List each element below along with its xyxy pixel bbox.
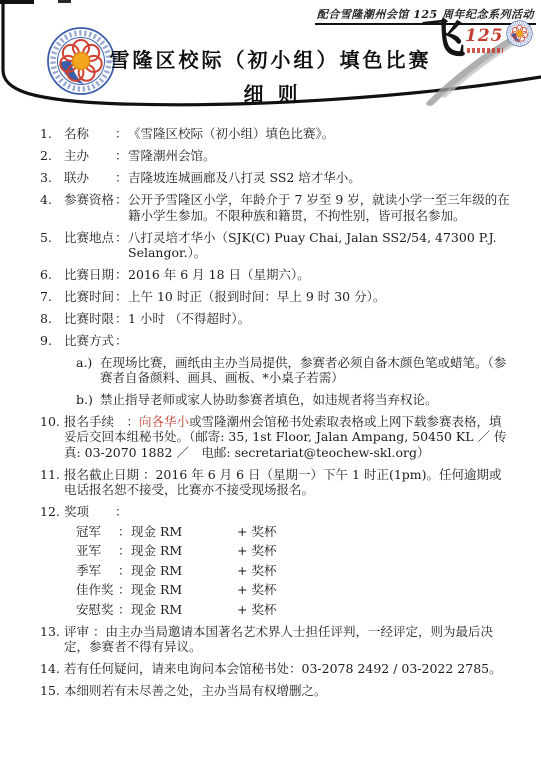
rule-number: 14. [40, 661, 64, 677]
rule-text-segment: 报名手续 ： [64, 414, 139, 429]
rule-text: 报名手续 ：向各华小或雪隆潮州会馆秘书处索取表格或上网下载参赛表格，填妥后交回本… [64, 414, 512, 461]
rule-text: 评审 ：由主办当局邀请本国著名艺术界人士担任评判，一经评定，则为最后决定，参赛者… [64, 624, 512, 655]
rule-label: 比赛方式 [64, 333, 115, 349]
rule-body: 若有任何疑问，请来电询问本会馆秘书处：03-2078 2492 / 03-202… [64, 661, 512, 677]
rule-number: 12. [40, 504, 64, 520]
rule-item-7: 7.比赛时间：上午 10 时正（报到时间：早上 9 时 30 分）。 [40, 289, 512, 305]
prize-name: 季军 [76, 563, 118, 579]
rule-item-6: 6.比赛日期：2016 年 6 月 18 日（星期六）。 [40, 267, 512, 283]
rule-value: 八打灵培才华小（SJK(C) Puay Chai, Jalan SS2/54, … [128, 230, 512, 261]
rule-item-2: 2.主办：雪隆潮州会馆。 [40, 148, 512, 164]
prize-colon: ： [118, 543, 131, 559]
rule-text: 报名截止日期 ：2016 年 6 月 6 日（星期一）下午 1 时正(1pm)。… [64, 467, 512, 498]
rule-label: 比赛时限 [64, 311, 115, 327]
rule-colon: ： [115, 126, 128, 142]
prize-name: 冠军 [76, 524, 118, 540]
rule-colon: ： [115, 333, 128, 349]
rule-value: 吉隆坡连城画廊及八打灵 SS2 培才华小。 [128, 170, 512, 186]
rule-subitem: b.)禁止指导老师或家人协助参赛者填色，如违规者将当弃权论。 [76, 392, 512, 408]
rule-number: 15. [40, 683, 64, 699]
association-crest-small-icon [506, 20, 533, 47]
prize-name: 亚军 [76, 543, 118, 559]
prize-trophy: + 奖杯 [237, 582, 276, 598]
rule-value: 1 小时 （不得超时）。 [128, 311, 512, 327]
rule-body: 主办：雪隆潮州会馆。 [64, 148, 512, 164]
prize-name: 安慰奖 [76, 602, 118, 618]
rule-colon: ： [115, 230, 128, 261]
rule-body: 比赛时限：1 小时 （不得超时）。 [64, 311, 512, 327]
rule-body: 参赛资格：公开予雪隆区小学，年龄介于 7 岁至 9 岁，就读小学一至三年级的在籍… [64, 192, 512, 223]
anniversary-number: 125 [465, 26, 504, 46]
rule-label-row: 主办：雪隆潮州会馆。 [64, 148, 512, 164]
prize-trophy: + 奖杯 [237, 524, 276, 540]
rule-item-11: 11.报名截止日期 ：2016 年 6 月 6 日（星期一）下午 1 时正(1p… [40, 467, 512, 498]
prize-cash: 现金 RM [131, 602, 237, 618]
subitem-text: 在现场比赛，画纸由主办当局提供，参赛者必须自备木颜色笔或蜡笔。（参赛者自备颜料、… [100, 355, 512, 386]
fly-calligraphy-glyph: 飞 [420, 16, 465, 65]
document-page: 配合雪隆潮州会馆 125 周年纪念系列活动 雪隆区校际（初小组）填色比赛 细则 … [0, 0, 541, 759]
rule-item-14: 14.若有任何疑问，请来电询问本会馆秘书处：03-2078 2492 / 03-… [40, 661, 512, 677]
rule-label-row: 联办：吉隆坡连城画廊及八打灵 SS2 培才华小。 [64, 170, 512, 186]
rule-value: 上午 10 时正（报到时间：早上 9 时 30 分）。 [128, 289, 512, 305]
prize-row: 亚军：现金 RM+ 奖杯 [76, 543, 512, 559]
rule-label: 主办 [64, 148, 115, 164]
rule-colon: ： [115, 311, 128, 327]
subitem-text: 禁止指导老师或家人协助参赛者填色，如违规者将当弃权论。 [100, 392, 512, 408]
rule-number: 8. [40, 311, 64, 327]
rule-number: 4. [40, 192, 64, 208]
rule-label-row: 比赛日期：2016 年 6 月 18 日（星期六）。 [64, 267, 512, 283]
rule-number: 9. [40, 333, 64, 349]
prize-cash: 现金 RM [131, 543, 237, 559]
prize-trophy: + 奖杯 [237, 602, 276, 618]
rule-body: 比赛方式：a.)在现场比赛，画纸由主办当局提供，参赛者必须自备木颜色笔或蜡笔。（… [64, 333, 512, 407]
rule-number: 6. [40, 267, 64, 283]
rule-item-4: 4.参赛资格：公开予雪隆区小学，年龄介于 7 岁至 9 岁，就读小学一至三年级的… [40, 192, 512, 223]
prize-row: 安慰奖：现金 RM+ 奖杯 [76, 602, 512, 618]
anniversary-125-logo: 飞 125 [415, 20, 533, 112]
rule-colon: ： [115, 504, 128, 520]
rule-body: 奖项：冠军：现金 RM+ 奖杯亚军：现金 RM+ 奖杯季军：现金 RM+ 奖杯佳… [64, 504, 512, 617]
rule-item-15: 15.本细则若有未尽善之处，主办当局有权增删之。 [40, 683, 512, 699]
rule-number: 5. [40, 230, 64, 246]
rule-body: 比赛日期：2016 年 6 月 18 日（星期六）。 [64, 267, 512, 283]
prize-colon: ： [118, 524, 131, 540]
subitem-tag: a.) [76, 355, 100, 386]
prize-row: 佳作奖：现金 RM+ 奖杯 [76, 582, 512, 598]
rule-body: 比赛时间：上午 10 时正（报到时间：早上 9 时 30 分）。 [64, 289, 512, 305]
rule-colon: ： [115, 267, 128, 283]
rule-item-3: 3.联办：吉隆坡连城画廊及八打灵 SS2 培才华小。 [40, 170, 512, 186]
prize-trophy: + 奖杯 [237, 563, 276, 579]
prize-cash: 现金 RM [131, 563, 237, 579]
rule-item-13: 13.评审 ：由主办当局邀请本国著名艺术界人士担任评判，一经评定，则为最后决定，… [40, 624, 512, 655]
prize-cash: 现金 RM [131, 524, 237, 540]
rule-number: 3. [40, 170, 64, 186]
rule-label: 奖项 [64, 504, 115, 520]
anniversary-logo-subtext-marks [467, 48, 503, 53]
rule-colon: ： [115, 192, 128, 223]
rule-body: 报名手续 ：向各华小或雪隆潮州会馆秘书处索取表格或上网下载参赛表格，填妥后交回本… [64, 414, 512, 461]
rule-body: 名称：《雪隆区校际（初小组）填色比赛》。 [64, 126, 512, 142]
prize-name: 佳作奖 [76, 582, 118, 598]
rule-item-8: 8.比赛时限：1 小时 （不得超时）。 [40, 311, 512, 327]
rule-item-10: 10.报名手续 ：向各华小或雪隆潮州会馆秘书处索取表格或上网下载参赛表格，填妥后… [40, 414, 512, 461]
subitem-tag: b.) [76, 392, 100, 408]
rule-number: 10. [40, 414, 64, 430]
rule-item-5: 5.比赛地点：八打灵培才华小（SJK(C) Puay Chai, Jalan S… [40, 230, 512, 261]
rule-label: 参赛资格 [64, 192, 115, 223]
rule-value: 雪隆潮州会馆。 [128, 148, 512, 164]
rule-colon: ： [115, 170, 128, 186]
rule-text: 若有任何疑问，请来电询问本会馆秘书处：03-2078 2492 / 03-202… [64, 661, 512, 677]
rule-label-row: 比赛时限：1 小时 （不得超时）。 [64, 311, 512, 327]
rule-value: 公开予雪隆区小学，年龄介于 7 岁至 9 岁，就读小学一至三年级的在籍小学生参加… [128, 192, 512, 223]
rule-label: 比赛地点 [64, 230, 115, 261]
prize-trophy: + 奖杯 [237, 543, 276, 559]
rule-label: 比赛时间 [64, 289, 115, 305]
rule-value: 《雪隆区校际（初小组）填色比赛》。 [128, 126, 512, 142]
rule-body: 报名截止日期 ：2016 年 6 月 6 日（星期一）下午 1 时正(1pm)。… [64, 467, 512, 498]
rule-label: 名称 [64, 126, 115, 142]
rule-number: 13. [40, 624, 64, 640]
prize-colon: ： [118, 582, 131, 598]
rule-subitem: a.)在现场比赛，画纸由主办当局提供，参赛者必须自备木颜色笔或蜡笔。（参赛者自备… [76, 355, 512, 386]
rule-label-row: 比赛方式： [64, 333, 512, 349]
rule-label-row: 比赛地点：八打灵培才华小（SJK(C) Puay Chai, Jalan SS2… [64, 230, 512, 261]
rule-label-row: 奖项： [64, 504, 512, 520]
rule-number: 11. [40, 467, 64, 483]
rule-body: 联办：吉隆坡连城画廊及八打灵 SS2 培才华小。 [64, 170, 512, 186]
prize-colon: ： [118, 602, 131, 618]
prize-cash: 现金 RM [131, 582, 237, 598]
rule-body: 评审 ：由主办当局邀请本国著名艺术界人士担任评判，一经评定，则为最后决定，参赛者… [64, 624, 512, 655]
prize-row: 冠军：现金 RM+ 奖杯 [76, 524, 512, 540]
rule-value: 2016 年 6 月 18 日（星期六）。 [128, 267, 512, 283]
rule-label: 联办 [64, 170, 115, 186]
rule-item-12: 12.奖项：冠军：现金 RM+ 奖杯亚军：现金 RM+ 奖杯季军：现金 RM+ … [40, 504, 512, 617]
rule-number: 7. [40, 289, 64, 305]
rule-item-9: 9.比赛方式：a.)在现场比赛，画纸由主办当局提供，参赛者必须自备木颜色笔或蜡笔… [40, 333, 512, 407]
rule-label-row: 参赛资格：公开予雪隆区小学，年龄介于 7 岁至 9 岁，就读小学一至三年级的在籍… [64, 192, 512, 223]
rule-item-1: 1.名称：《雪隆区校际（初小组）填色比赛》。 [40, 126, 512, 142]
rule-number: 2. [40, 148, 64, 164]
rule-colon: ： [115, 289, 128, 305]
rules-list: 1.名称：《雪隆区校际（初小组）填色比赛》。2.主办：雪隆潮州会馆。3.联办：吉… [40, 126, 512, 705]
rule-label: 比赛日期 [64, 267, 115, 283]
rule-text-segment: 向各华小 [139, 414, 189, 429]
rule-body: 本细则若有未尽善之处，主办当局有权增删之。 [64, 683, 512, 699]
rule-label-row: 名称：《雪隆区校际（初小组）填色比赛》。 [64, 126, 512, 142]
rule-text: 本细则若有未尽善之处，主办当局有权增删之。 [64, 683, 512, 699]
rule-value [128, 504, 512, 520]
rule-body: 比赛地点：八打灵培才华小（SJK(C) Puay Chai, Jalan SS2… [64, 230, 512, 261]
rule-number: 1. [40, 126, 64, 142]
rule-colon: ： [115, 148, 128, 164]
rule-value [128, 333, 512, 349]
rule-label-row: 比赛时间：上午 10 时正（报到时间：早上 9 时 30 分）。 [64, 289, 512, 305]
prize-row: 季军：现金 RM+ 奖杯 [76, 563, 512, 579]
prize-colon: ： [118, 563, 131, 579]
